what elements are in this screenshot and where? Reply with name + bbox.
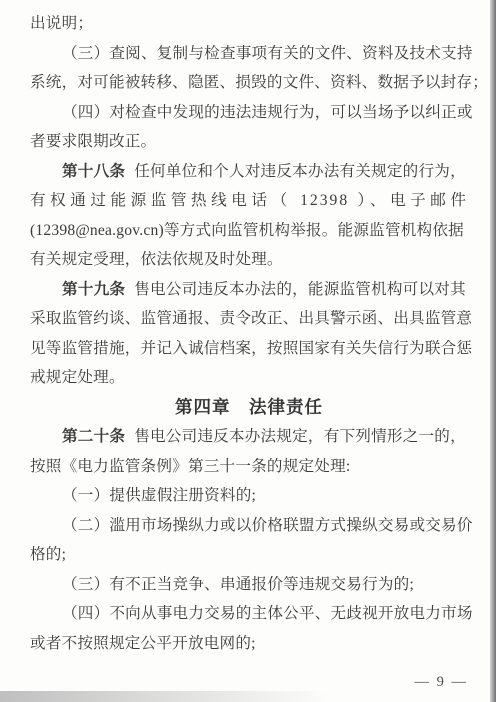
article-number: 第二十条 [62,428,125,445]
text-line: 有关规定受理，依法依规及时处理。 [30,245,468,275]
text-line: 第十八条任何单位和个人对违反本办法有关规定的行为， [30,157,468,187]
text-line: 格的; [30,540,468,570]
text-line: （四）对检查中发现的违法违规行为，可以当场予以纠正或 [30,98,468,128]
text-line: 戒规定处理。 [30,363,468,393]
text-line: （三）有不正当竞争、串通报价等违规交易行为的; [30,570,468,600]
article-number: 第十八条 [62,163,125,180]
text-line: （一）提供虚假注册资料的; [30,481,468,511]
article-number: 第十九条 [62,281,125,298]
text-line: (12398@nea.gov.cn)等方式向监管机构举报。能源监管机构依据 [30,216,468,246]
text-line: （四）不向从事电力交易的主体公平、无歧视开放电力市场 [30,599,468,629]
text-line: 出说明； [30,9,468,39]
scan-edge-bottom [0,691,330,702]
text-line: （三）查阅、复制与检查事项有关的文件、资料及技术支持 [30,39,468,69]
line-text: 售电公司违反本办法的，能源监管机构可以对其 [134,281,466,298]
scan-edge-right [490,0,496,702]
text-line: 按照《电力监管条例》第三十一条的规定处理: [30,452,468,482]
text-line: 第二十条售电公司违反本办法规定，有下列情形之一的， [30,422,468,452]
text-line: 者要求限期改正。 [30,127,468,157]
text-line: 系统，对可能被转移、隐匿、损毁的文件、资料、数据予以封存； [30,68,468,98]
page-number: — 9 — [415,672,469,692]
text-line: 有权通过能源监管热线电话（ 12398 ）、电子邮件 [30,186,468,216]
text-line: 见等监管措施，并记入诚信档案，按照国家有关失信行为联合惩 [30,334,468,364]
line-text: 售电公司违反本办法规定，有下列情形之一的， [134,428,466,445]
text-line: 第十九条售电公司违反本办法的，能源监管机构可以对其 [30,275,468,305]
text-line: （二）滥用市场操纵力或以价格联盟方式操纵交易或交易价 [30,511,468,541]
chapter-heading: 第四章 法律责任 [30,393,468,423]
document-page: 出说明； （三）查阅、复制与检查事项有关的文件、资料及技术支持 系统，对可能被转… [0,0,496,702]
document-body: 出说明； （三）查阅、复制与检查事项有关的文件、资料及技术支持 系统，对可能被转… [30,9,468,658]
text-line: 或者不按照规定公平开放电网的; [30,629,468,659]
line-text: 任何单位和个人对违反本办法有关规定的行为， [134,163,466,180]
text-line: 采取监管约谈、监管通报、责令改正、出具警示函、出具监管意 [30,304,468,334]
